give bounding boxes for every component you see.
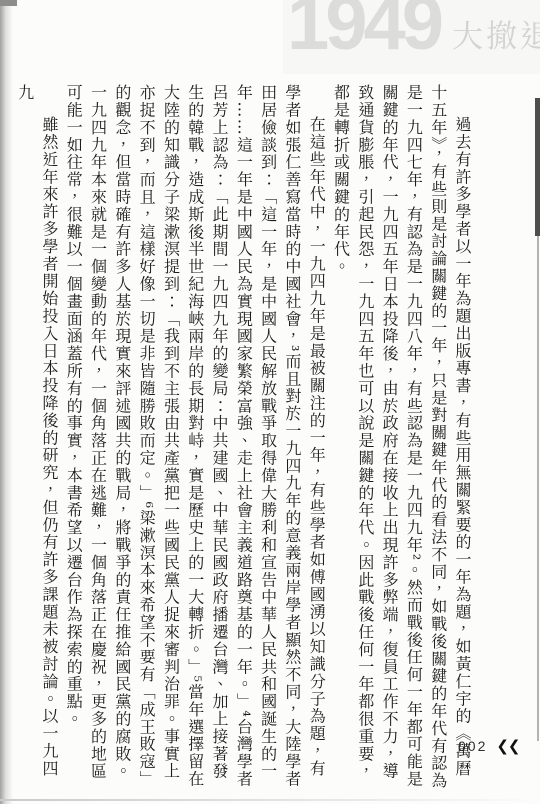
paragraph-3: 雖然近年來許多學者開始投入日本投降後的研究，但仍有許多課題未被討論。以一九四九 bbox=[12, 84, 61, 792]
watermark-title: 大撤退 bbox=[452, 22, 540, 53]
right-edge-dark-strip bbox=[535, 98, 540, 236]
back-chevrons-icon: ❮❮ bbox=[496, 737, 519, 755]
book-page: 1949 大撤退 過去有許多學者以一年為題出版專書，有些用無關緊要的一年為題，如… bbox=[0, 0, 540, 804]
paragraph-1: 過去有許多學者以一年為題出版專書，有些用無關緊要的一年為題，如黃仁宇的《萬曆十五… bbox=[328, 84, 474, 792]
header-watermark: 1949 大撤退 bbox=[283, 0, 540, 74]
right-edge-thin-line bbox=[537, 236, 539, 741]
paragraph-2: 在這些年代中，一九四九年是最被關注的一年，有些學者如傅國湧以知識分子為題，有學者… bbox=[61, 84, 328, 792]
bottom-edge-line bbox=[0, 799, 540, 801]
watermark-year: 1949 bbox=[287, 0, 440, 62]
page-footer: 002 ❮❮ bbox=[458, 737, 520, 755]
top-left-scan-mark bbox=[0, 0, 17, 6]
page-body-text: 過去有許多學者以一年為題出版專書，有些用無關緊要的一年為題，如黃仁宇的《萬曆十五… bbox=[36, 84, 474, 792]
page-number: 002 bbox=[458, 738, 487, 754]
left-gutter-shadow bbox=[0, 0, 13, 804]
